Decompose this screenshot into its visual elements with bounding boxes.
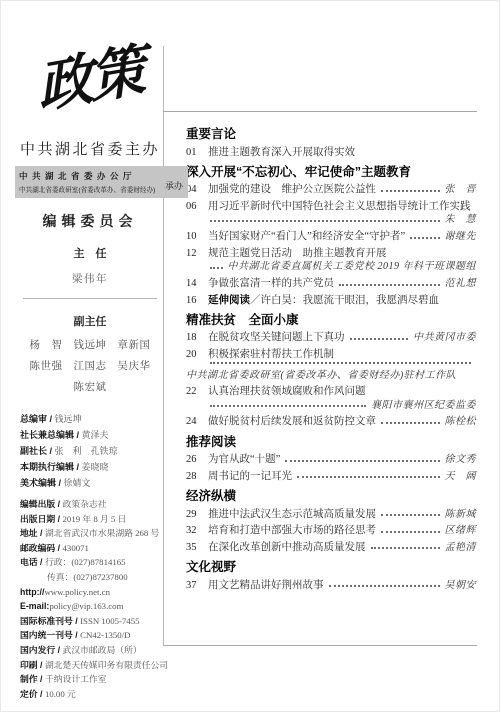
page-number: 26 — [186, 453, 208, 467]
editorial-board: 编辑委员会 主 任 梁伟年 副主任 杨 智 钱远坤 章新国陈世强 江国志 吴庆华… — [15, 211, 165, 398]
masthead-column: 政策 中共湖北省委主办 中共湖北省委办公厅 中共湖北省委政研室(省委改革办、省委… — [15, 28, 165, 701]
info-line: 制作 / 千纳设计工作室 — [20, 672, 165, 687]
info-line: 副社长 / 张 利 孔铁琼 — [20, 443, 165, 459]
page-number: 01 — [186, 146, 208, 160]
info-line: 美术编辑 / 徐婧文 — [20, 475, 165, 491]
page-number: 24 — [186, 415, 208, 429]
toc-section-items: 04 加强党的建设 维护公立医院公益性 张 晋 06 用习近平新时代中国特色社会… — [186, 182, 476, 309]
publication-info: 编辑出版 / 政策杂志社出版日期 / 2019 年 8 月 5 日地址 / 湖北… — [15, 497, 165, 701]
toc-section-header: 精准扶贫 全面小康 — [186, 313, 476, 328]
toc-entry: 04 加强党的建设 维护公立医院公益性 张 晋 — [186, 182, 476, 199]
toc-section-header: 经济纵横 — [186, 489, 476, 504]
entry-title-text: 当好国家财产“看门人”和经济安全“守护者” — [208, 231, 405, 242]
info-line: 出版日期 / 2019 年 8 月 5 日 — [20, 512, 165, 527]
page-number: 20 — [186, 348, 208, 362]
toc-entry: 06 用习近平新时代中国特色社会主义思想指导统计工作实践 朱 慧 — [186, 198, 476, 228]
undertaker-band: 中共湖北省委办公厅 中共湖北省委政研室(省委改革办、省委财经办) 承办 — [15, 166, 188, 198]
info-label: E-mail: — [20, 601, 49, 611]
info-line: 印刷 / 湖北楚天传媒印务有限责任公司 — [20, 658, 165, 673]
entry-author: 中共黄冈市委 — [413, 331, 476, 345]
toc-section: 推荐阅读 26 为官从政“十题” 徐文秀 28 周书记的一记耳光 天 阔 — [186, 435, 476, 485]
page-number: 29 — [186, 508, 208, 522]
entry-title-text: 推进中法武汉生态示范城高质量发展 — [208, 509, 376, 520]
entry-title: 在脱贫攻坚关键问题上下真功 — [208, 331, 345, 345]
entry-title-text: 规范主题党日活动 助推主题教育开展 — [208, 248, 387, 259]
entry-author: 中共湖北省委直属机关工委党校 2019 年科干班课题组 — [228, 260, 477, 274]
entry-title-text: 在深化改革创新中推动高质量发展 — [208, 542, 366, 553]
entry-title: 在深化改革创新中推动高质量发展 — [208, 541, 366, 555]
entry-title-text: 为官从政“十题” — [208, 454, 280, 465]
info-value: policy@vip.163.com — [49, 601, 123, 611]
info-label: 邮政编码 / — [20, 543, 63, 553]
info-label: 总编审 / — [20, 414, 55, 424]
info-line: 传真：(027)87237800 — [20, 570, 165, 585]
toc-section-header: 文化视野 — [186, 560, 476, 575]
info-value: ISSN 1005-7455 — [80, 616, 139, 626]
entry-title-text: 周书记的一记耳光 — [208, 471, 292, 482]
editorial-board-title: 编辑委员会 — [19, 211, 161, 231]
toc-entry: 10 当好国家财产“看门人”和经济安全“守护者” 谢继先 — [186, 229, 476, 246]
toc-entry: 14 争做张富清一样的共产党员 范礼想 — [186, 275, 476, 292]
entry-title-text: 用习近平新时代中国特色社会主义思想指导统计工作实践 — [208, 201, 471, 212]
staff-list: 总编审 / 钱远坤社长兼总编辑 / 黄泽夫副社长 / 张 利 孔铁琼本期执行编辑… — [15, 411, 165, 491]
dot-leader — [210, 405, 366, 407]
entry-title: 积极探索驻村帮扶工作机制 — [208, 348, 476, 362]
info-value: 张 利 孔铁琼 — [55, 446, 118, 456]
dot-leader — [371, 547, 440, 549]
info-label: 副社长 / — [20, 446, 55, 456]
info-value: 黄泽夫 — [82, 430, 109, 440]
page-number: 12 — [186, 247, 208, 261]
entry-author: 中共湖北省委政研室(省委改革办、省委财经办)驻村工作队 — [186, 369, 456, 383]
toc-entry: 01 推进主题教育深入开展取得实效 — [186, 144, 476, 161]
deputy-list: 杨 智 钱远坤 章新国陈世强 江国志 吴庆华陈宏斌 — [19, 335, 161, 398]
info-label: 定价 / — [20, 689, 45, 699]
entry-author: 张 晋 — [445, 183, 477, 197]
entry-title-text: ／许白昊：我愿流干眼泪，我愿洒尽碧血 — [250, 295, 439, 306]
entry-author: 朱 慧 — [445, 213, 477, 227]
page-number: 22 — [186, 385, 208, 399]
page-number: 37 — [186, 579, 208, 593]
entry-title: 当好国家财产“看门人”和经济安全“守护者” — [208, 230, 405, 244]
undertaker-label: 承办 — [165, 173, 183, 192]
director-label: 主 任 — [19, 245, 161, 261]
page-number: 18 — [186, 331, 208, 345]
entry-title: 为官从政“十题” — [208, 453, 280, 467]
info-line: 国内发行 / 武汉市邮政局（所） — [20, 643, 165, 658]
info-line: 定价 / 10.00 元 — [20, 687, 165, 702]
toc-entry: 20 积极探索驻村帮扶工作机制 中共湖北省委政研室(省委改革办、省委财经办)驻村… — [186, 347, 476, 384]
dot-leader — [285, 460, 439, 462]
info-value: 传真：(027)87237800 — [47, 572, 128, 582]
entry-author: 天 阔 — [445, 470, 477, 484]
info-label: 电话 / — [20, 557, 45, 567]
deputy-names: 陈世强 江国志 吴庆华 — [19, 356, 161, 377]
info-line: 社长兼总编辑 / 黄泽夫 — [20, 427, 165, 443]
info-value: 武汉市邮政局（所） — [63, 645, 142, 655]
info-label: 国际标准刊号 / — [20, 616, 80, 626]
toc-section: 精准扶贫 全面小康 18 在脱贫攻坚关键问题上下真功 中共黄冈市委 20 积极探… — [186, 313, 476, 431]
toc-section-header: 深入开展“不忘初心、牢记使命”主题教育 — [186, 165, 476, 180]
entry-title: 延伸阅读／许白昊：我愿流干眼泪，我愿洒尽碧血 — [208, 294, 439, 308]
toc-entry: 37 用文艺精品讲好荆州故事 吴朝安 — [186, 577, 476, 594]
entry-title: 争做张富清一样的共产党员 — [208, 277, 334, 291]
info-value: 行政：(027)87814165 — [45, 557, 126, 567]
entry-title-text: 做好脱贫村后续发展和返贫防控文章 — [208, 416, 376, 427]
dot-leader — [210, 220, 440, 222]
entry-title-text: 积极探索驻村帮扶工作机制 — [208, 349, 334, 360]
toc-entry: 26 为官从政“十题” 徐文秀 — [186, 452, 476, 469]
info-line: 总编审 / 钱远坤 — [20, 411, 165, 427]
toc-section: 经济纵横 29 推进中法武汉生态示范城高质量发展 陈新城 32 培育和打造中部强… — [186, 489, 476, 556]
entry-title-text: 争做张富清一样的共产党员 — [208, 278, 334, 289]
entry-title: 推进主题教育深入开展取得实效 — [208, 146, 355, 160]
info-line: http://www.policy.net.cn — [20, 585, 165, 600]
entry-author: 陈栓松 — [445, 415, 477, 429]
toc-entry: 16 延伸阅读／许白昊：我愿流干眼泪，我愿洒尽碧血 — [186, 292, 476, 309]
page-number: 32 — [186, 524, 208, 538]
toc-section-items: 29 推进中法武汉生态示范城高质量发展 陈新城 32 培育和打造中部强大市场的路… — [186, 506, 476, 556]
info-label: 编辑出版 / — [20, 499, 63, 509]
toc-entry: 32 培育和打造中部强大市场的路径思考 区绪辉 — [186, 523, 476, 540]
entry-title: 推进中法武汉生态示范城高质量发展 — [208, 508, 376, 522]
info-label: 制作 / — [20, 674, 45, 684]
dot-leader — [381, 514, 440, 516]
dot-leader — [381, 190, 440, 192]
toc-section-items: 37 用文艺精品讲好荆州故事 吴朝安 — [186, 577, 476, 594]
info-label: 印刷 / — [20, 660, 45, 670]
toc-entry: 12 规范主题党日活动 助推主题教育开展 中共湖北省委直属机关工委党校 2019… — [186, 245, 476, 275]
info-label: 本期执行编辑 / — [20, 462, 82, 472]
dot-leader — [210, 362, 471, 364]
info-label: http:// — [20, 587, 44, 597]
toc-section-items: 26 为官从政“十题” 徐文秀 28 周书记的一记耳光 天 阔 — [186, 452, 476, 485]
toc-top-rule — [163, 111, 477, 112]
page-number: 28 — [186, 470, 208, 484]
entry-author: 谢继先 — [445, 230, 477, 244]
undertaker-lines: 中共湖北省委办公厅 中共湖北省委政研室(省委改革办、省委财经办) — [19, 170, 162, 194]
toc-column: 重要言论 01 推进主题教育深入开展取得实效 深入开展“不忘初心、牢记使命”主题… — [186, 127, 476, 594]
info-value: 10.00 元 — [45, 689, 76, 699]
toc-bottom-rule — [163, 645, 477, 646]
toc-entry: 35 在深化改革创新中推动高质量发展 孟艳清 — [186, 539, 476, 556]
dot-leader — [297, 476, 440, 478]
entry-title: 加强党的建设 维护公立医院公益性 — [208, 183, 376, 197]
info-line: 邮政编码 / 430071 — [20, 541, 165, 556]
info-line: 电话 / 行政：(027)87814165 — [20, 555, 165, 570]
entry-title: 用文艺精品讲好荆州故事 — [208, 579, 324, 593]
info-label: 国内统一刊号 / — [20, 630, 80, 640]
info-label: 国内发行 / — [20, 645, 63, 655]
deputy-names: 陈宏斌 — [19, 377, 161, 398]
entry-title: 周书记的一记耳光 — [208, 470, 292, 484]
entry-author: 吴朝安 — [445, 579, 477, 593]
entry-title-bold: 延伸阅读 — [208, 294, 250, 306]
magazine-toc-page: 政策 中共湖北省委主办 中共湖北省委办公厅 中共湖北省委政研室(省委改革办、省委… — [0, 0, 500, 712]
info-line: E-mail:policy@vip.163.com — [20, 599, 165, 614]
entry-title: 做好脱贫村后续发展和返贫防控文章 — [208, 415, 376, 429]
dot-leader — [381, 531, 440, 533]
toc-section-items: 18 在脱贫攻坚关键问题上下真功 中共黄冈市委 20 积极探索驻村帮扶工作机制 … — [186, 330, 476, 431]
toc-section-header: 重要言论 — [186, 127, 476, 142]
toc-section: 重要言论 01 推进主题教育深入开展取得实效 — [186, 127, 476, 161]
entry-title: 用习近平新时代中国特色社会主义思想指导统计工作实践 — [208, 200, 476, 214]
entry-author: 襄阳市襄州区纪委监委 — [371, 399, 476, 413]
page-number: 04 — [186, 183, 208, 197]
dot-leader — [410, 237, 439, 239]
info-line: 地址 / 湖北省武汉市水果湖路 268 号 — [20, 526, 165, 541]
toc-entry: 24 做好脱贫村后续发展和返贫防控文章 陈栓松 — [186, 414, 476, 431]
entry-author: 区绪辉 — [445, 524, 477, 538]
info-label: 美术编辑 / — [20, 478, 64, 488]
info-value: 湖北省武汉市水果湖路 268 号 — [45, 528, 159, 538]
entry-title: 培育和打造中部强大市场的路径思考 — [208, 524, 376, 538]
page-number: 06 — [186, 200, 208, 214]
board-divider — [23, 298, 157, 299]
toc-entry: 28 周书记的一记耳光 天 阔 — [186, 468, 476, 485]
dot-leader — [381, 422, 440, 424]
deputy-names: 杨 智 钱远坤 章新国 — [19, 335, 161, 356]
dot-leader — [329, 585, 440, 587]
dot-leader — [339, 284, 440, 286]
info-value: 姜晓晓 — [82, 462, 109, 472]
toc-entry: 18 在脱贫攻坚关键问题上下真功 中共黄冈市委 — [186, 330, 476, 347]
info-value: CN42-1350/D — [80, 630, 130, 640]
info-line: 国际标准刊号 / ISSN 1005-7455 — [20, 614, 165, 629]
deputy-label: 副主任 — [19, 313, 161, 329]
info-value: 钱远坤 — [55, 414, 82, 424]
info-line: 编辑出版 / 政策杂志社 — [20, 497, 165, 512]
magazine-logo: 政策 — [11, 15, 169, 143]
toc-section-items: 01 推进主题教育深入开展取得实效 — [186, 144, 476, 161]
undertaker-line2: 中共湖北省委政研室(省委改革办、省委财经办) — [19, 184, 162, 194]
toc-entry: 29 推进中法武汉生态示范城高质量发展 陈新城 — [186, 506, 476, 523]
undertaker-line1: 中共湖北省委办公厅 — [19, 170, 162, 182]
dot-leader — [210, 267, 223, 269]
entry-title-text: 加强党的建设 维护公立医院公益性 — [208, 184, 376, 195]
info-value: 湖北楚天传媒印务有限责任公司 — [45, 660, 168, 670]
info-value: 政策杂志社 — [63, 499, 107, 509]
info-line: 国内统一刊号 / CN42-1350/D — [20, 628, 165, 643]
director-name: 梁伟年 — [19, 271, 161, 286]
page-number: 35 — [186, 541, 208, 555]
entry-title: 规范主题党日活动 助推主题教育开展 — [208, 247, 476, 261]
entry-author: 陈新城 — [445, 508, 477, 522]
info-value: 430071 — [63, 543, 89, 553]
entry-title: 认真治理扶贫领域腐败和作风问题 — [208, 385, 476, 399]
info-value: 2019 年 8 月 5 日 — [63, 514, 127, 524]
toc-entry: 22 认真治理扶贫领域腐败和作风问题 襄阳市襄州区纪委监委 — [186, 384, 476, 414]
entry-title-text: 用文艺精品讲好荆州故事 — [208, 580, 324, 591]
dot-leader — [350, 338, 409, 340]
entry-author: 范礼想 — [445, 277, 477, 291]
entry-title-text: 培育和打造中部强大市场的路径思考 — [208, 525, 376, 536]
page-number: 14 — [186, 277, 208, 291]
info-label: 出版日期 / — [20, 514, 63, 524]
page-number: 10 — [186, 230, 208, 244]
organizer-line: 中共湖北省委主办 — [15, 138, 165, 159]
page-number: 16 — [186, 294, 208, 308]
toc-section: 深入开展“不忘初心、牢记使命”主题教育 04 加强党的建设 维护公立医院公益性 … — [186, 165, 476, 309]
info-value: www.policy.net.cn — [44, 587, 110, 597]
info-value: 徐婧文 — [64, 478, 91, 488]
entry-title-text: 在脱贫攻坚关键问题上下真功 — [208, 332, 345, 343]
toc-section-header: 推荐阅读 — [186, 435, 476, 450]
info-line: 本期执行编辑 / 姜晓晓 — [20, 459, 165, 475]
info-label: 社长兼总编辑 / — [20, 430, 82, 440]
toc-section: 文化视野 37 用文艺精品讲好荆州故事 吴朝安 — [186, 560, 476, 594]
entry-author: 徐文秀 — [445, 453, 477, 467]
entry-author: 孟艳清 — [445, 541, 477, 555]
info-value: 千纳设计工作室 — [45, 674, 107, 684]
entry-title-text: 认真治理扶贫领域腐败和作风问题 — [208, 386, 366, 397]
info-label: 地址 / — [20, 528, 45, 538]
entry-title-text: 推进主题教育深入开展取得实效 — [208, 147, 355, 158]
